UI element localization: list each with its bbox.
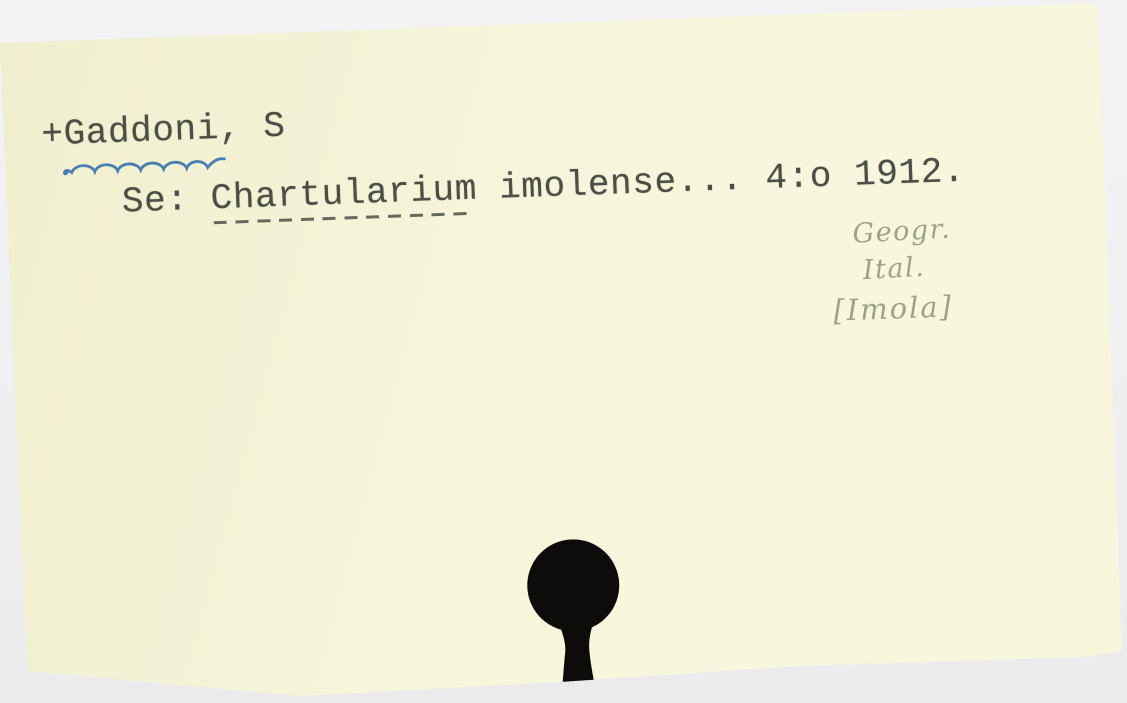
heading-suffix: , S xyxy=(218,106,286,149)
catalog-rod-hole-icon xyxy=(512,537,638,703)
heading-prefix: + xyxy=(41,114,65,156)
reference-rest: imolense... 4:o 1912. xyxy=(476,151,966,210)
pencil-note-imola: [Imola] xyxy=(833,289,954,327)
heading-surname: Gaddoni xyxy=(63,108,220,155)
heading-line: +Gaddoni, S xyxy=(41,105,287,158)
card-content: +Gaddoni, S Se: Chartularium imolense...… xyxy=(0,3,1127,703)
underlined-title: Chartularium xyxy=(210,169,478,220)
reference-line: Se: Chartularium imolense... 4:o 1912. xyxy=(121,150,966,225)
pencil-note-ital: Ital. xyxy=(862,252,926,286)
scan-background: +Gaddoni, S Se: Chartularium imolense...… xyxy=(0,0,1127,703)
see-reference-label: Se: xyxy=(121,178,211,222)
pencil-note-geogr: Geogr. xyxy=(852,213,952,249)
catalog-card: +Gaddoni, S Se: Chartularium imolense...… xyxy=(0,0,1127,703)
